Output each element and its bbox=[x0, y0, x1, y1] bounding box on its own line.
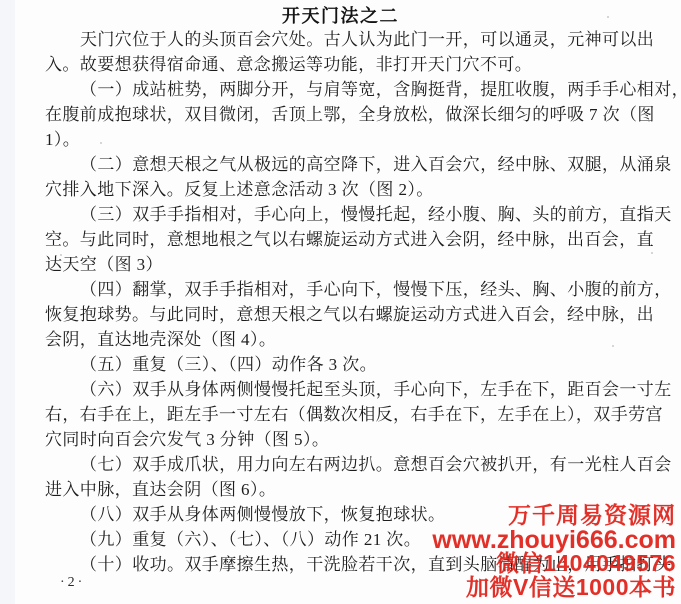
scan-speckle bbox=[607, 16, 609, 18]
scan-speckle bbox=[648, 120, 650, 122]
text-line: （一）成站桩势，两脚分开，与肩等宽，含胸挺背，提肛收腹，两手手心相对， bbox=[45, 77, 657, 102]
scan-speckle bbox=[660, 470, 662, 472]
text-line: （五）重复（三）、（四）动作各 3 次。 bbox=[45, 352, 657, 377]
text-line: （七）双手成爪状，用力向左右两边扒。意想百会穴被扒开，有一光柱人百会 bbox=[45, 452, 657, 477]
text-line: 穴同时向百会穴发气 3 分钟（图 5）。 bbox=[45, 427, 657, 452]
watermark-promo: 加微V信送1000本书 bbox=[432, 575, 676, 599]
text-line: 穴排入地下深入。反复上述意念活动 3 次（图 2）。 bbox=[45, 177, 657, 202]
text-line: 入。故要想获得宿命通、意念搬运等功能，非打开天门穴不可。 bbox=[45, 52, 657, 77]
scan-speckle bbox=[140, 466, 142, 468]
scan-speckle bbox=[651, 252, 653, 254]
text-line: （六）双手从身体两侧慢慢托起至头顶，手心向下，左手在下，距百会一寸左 bbox=[45, 377, 657, 402]
scan-edge-strip bbox=[0, 0, 15, 604]
body-text-block: 天门穴位于人的头顶百会穴处。古人认为此门一开，可以通灵，元神可以出 入。故要想获… bbox=[45, 27, 657, 577]
scan-speckle bbox=[663, 212, 665, 214]
text-line: 1）。 bbox=[45, 127, 657, 152]
watermark: 万千周易资源网 www.zhouyi666.com 微信1404049576 加… bbox=[432, 503, 676, 599]
text-line: （二）意想天根之气从极远的高空降下，进入百会穴，经中脉、双腿，从涌泉 bbox=[45, 152, 657, 177]
text-line: 达天空（图 3） bbox=[45, 252, 657, 277]
text-line: 恢复抱球势。与此同时，意想天根之气以右螺旋运动方式进入百会，经中脉，出 bbox=[45, 302, 657, 327]
text-line: 在腹前成抱球状，双目微闭，舌顶上鄂，全身放松，做深长细匀的呼吸 7 次（图 bbox=[45, 102, 657, 127]
watermark-wechat-id: 微信1404049576 bbox=[432, 552, 676, 575]
text-line: 右，右手在上，距左手一寸左右（偶数次相反，右手在下，左手在上），双手劳宫 bbox=[45, 402, 657, 427]
page-title: 开天门法之二 bbox=[0, 2, 681, 28]
text-line: 天门穴位于人的头顶百会穴处。古人认为此门一开，可以通灵，元神可以出 bbox=[45, 27, 657, 52]
text-line: （三）双手手指相对，手心向上，慢慢托起，经小腹、胸、头的前方，直指天 bbox=[45, 202, 657, 227]
watermark-site-name: 万千周易资源网 bbox=[432, 503, 676, 528]
text-line: 进入中脉，直达会阴（图 6）。 bbox=[45, 477, 657, 502]
text-line: 会阴，直达地壳深处（图 4）。 bbox=[45, 327, 657, 352]
page-number: ·2· bbox=[60, 575, 85, 591]
watermark-url: www.zhouyi666.com bbox=[432, 528, 676, 552]
scan-speckle bbox=[100, 142, 102, 144]
text-line: 空。与此同时，意想地根之气以右螺旋运动方式进入会阴，经中脉，出百会，直 bbox=[45, 227, 657, 252]
scan-speckle bbox=[60, 254, 62, 256]
scanned-document-page: 开天门法之二 天门穴位于人的头顶百会穴处。古人认为此门一开，可以通灵，元神可以出… bbox=[0, 0, 681, 604]
text-line: （四）翻掌，双手手指相对，手心向下，慢慢下压，经头、胸、小腹的前方， bbox=[45, 277, 657, 302]
scan-speckle bbox=[612, 345, 614, 347]
scan-speckle bbox=[530, 390, 532, 392]
